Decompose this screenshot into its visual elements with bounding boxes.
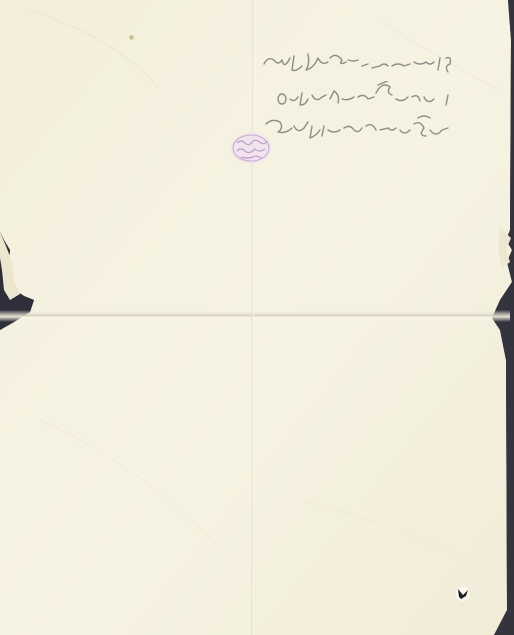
handwriting-line-2: ... ۵ <box>258 81 458 111</box>
scanned-document: ۱۹ اسد ... سنه ... . <box>0 0 514 635</box>
seal-label: purple ink seal stamp <box>229 131 273 165</box>
ink-seal-stamp: purple ink seal stamp <box>229 131 273 165</box>
handwriting-line-1: ۱۹ اسد ... سنه ... <box>258 48 458 78</box>
ink-corner-mark <box>455 586 471 602</box>
handwriting-line-3: ... شرکت ... <box>258 114 458 144</box>
paper-speck <box>129 35 134 40</box>
handwritten-note: ۱۹ اسد ... سنه ... . <box>258 48 458 148</box>
